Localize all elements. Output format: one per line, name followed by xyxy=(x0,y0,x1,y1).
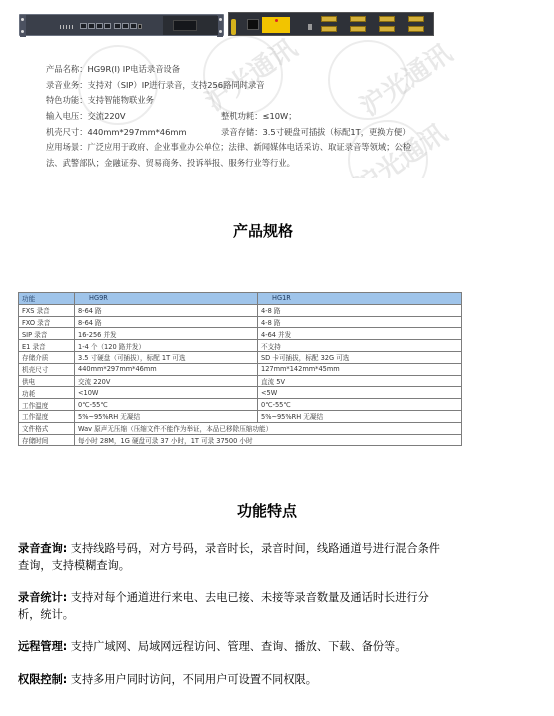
feature-section-title: 功能特点 xyxy=(0,500,544,521)
intro-row-voltage: 输入电压：交流220V整机功耗：≤10W； xyxy=(46,109,411,125)
cell: 1-4 个（120 路并发） xyxy=(75,340,258,352)
cell: 0℃-55℃ xyxy=(258,399,462,411)
cell: 直流 5V xyxy=(258,375,462,387)
cell: 5%~95%RH 无凝结 xyxy=(75,410,258,422)
feature-item-query: 录音查询: 支持线路号码，对方号码，录音时长，录音时间，线路通道号进行混合条件查… xyxy=(18,541,448,574)
cell: 文件格式 xyxy=(19,422,75,434)
table-row: 文件格式Wav 原声无压缩（压缩文件不能作为举证，本品已移除压缩功能） xyxy=(19,422,462,434)
cell: 不支持 xyxy=(258,340,462,352)
table-row: 供电交流 220V直流 5V xyxy=(19,375,462,387)
cell: 4-8 路 xyxy=(258,316,462,328)
cell-merged: 每小时 28M，1G 硬盘可录 37 小时，1T 可录 37500 小时 xyxy=(75,434,462,446)
cell: 440mm*297mm*46mm xyxy=(75,363,258,375)
table-row: SIP 录音16-256 并发4-64 并发 xyxy=(19,328,462,340)
intro-row-feature: 特色功能：支持智能物联业务 xyxy=(46,93,411,109)
cell: 交流 220V xyxy=(75,375,258,387)
feature-item-remote: 远程管理: 支持广域网、局域网远程访问、管理、查询、播放、下载、备份等。 xyxy=(18,639,448,656)
cell: <10W xyxy=(75,387,258,399)
device-front-panel-image xyxy=(19,14,224,36)
table-row: 机壳尺寸440mm*297mm*46mm127mm*142mm*45mm xyxy=(19,363,462,375)
feature-item-permission: 权限控制: 支持多用户同时访问，不同用户可设置不同权限。 xyxy=(18,672,448,689)
device-back-panel-image xyxy=(228,12,434,36)
header-hg9r: HG9R xyxy=(75,293,258,305)
table-row: E1 录音1-4 个（120 路并发）不支持 xyxy=(19,340,462,352)
spec-section-title: 产品规格 xyxy=(0,220,540,241)
cell: SD 卡可插拔，标配 32G 可选 xyxy=(258,351,462,363)
cell: FXS 录音 xyxy=(19,304,75,316)
intro-row-name: 产品名称：HG9R(I) IP电话录音设备 xyxy=(46,62,411,78)
cell: 4-8 路 xyxy=(258,304,462,316)
table-row: 功耗<10W<5W xyxy=(19,387,462,399)
table-row: FXS 录音8-64 路4-8 路 xyxy=(19,304,462,316)
cell: 8-64 路 xyxy=(75,304,258,316)
table-row: 工作温度0℃-55℃0℃-55℃ xyxy=(19,399,462,411)
cell: 功耗 xyxy=(19,387,75,399)
cell-merged: Wav 原声无压缩（压缩文件不能作为举证，本品已移除压缩功能） xyxy=(75,422,462,434)
table-row: 工作湿度5%~95%RH 无凝结5%~95%RH 无凝结 xyxy=(19,410,462,422)
product-photo-block: 沪光通讯 沪光通讯 沪光通讯 产品名称：HG9R(I) IP电话录音设备 录音业… xyxy=(18,0,460,178)
cell: 工作温度 xyxy=(19,399,75,411)
cell: 127mm*142mm*45mm xyxy=(258,363,462,375)
cell: SIP 录音 xyxy=(19,328,75,340)
cell: 存储介质 xyxy=(19,351,75,363)
cell: 供电 xyxy=(19,375,75,387)
cell: E1 录音 xyxy=(19,340,75,352)
cell: 机壳尺寸 xyxy=(19,363,75,375)
table-row: 存储时间每小时 28M，1G 硬盘可录 37 小时，1T 可录 37500 小时 xyxy=(19,434,462,446)
cell: 存储时间 xyxy=(19,434,75,446)
spec-table-image: 功能 HG9R HG1R FXS 录音8-64 路4-8 路 FXO 录音8-6… xyxy=(18,292,461,446)
cell: 16-256 并发 xyxy=(75,328,258,340)
cell: 0℃-55℃ xyxy=(75,399,258,411)
spec-header-row: 功能 HG9R HG1R xyxy=(19,293,462,305)
cell: 3.5 寸硬盘（可插拔），标配 1T 可选 xyxy=(75,351,258,363)
feature-list: 录音查询: 支持线路号码，对方号码，录音时长，录音时间，线路通道号进行混合条件查… xyxy=(18,541,448,704)
intro-row-scenario: 应用场景：广泛应用于政府、企业事业办公单位；法律、新闻媒体电话采访、取证录音等领… xyxy=(46,140,411,156)
product-intro: 产品名称：HG9R(I) IP电话录音设备 录音业务：支持对（SIP）IP进行录… xyxy=(46,62,411,172)
feature-item-statistics: 录音统计: 支持对每个通道进行来电、去电已接、未接等录音数量及通话时长进行分析，… xyxy=(18,590,448,623)
intro-row-service: 录音业务：支持对（SIP）IP进行录音，支持256路同时录音 xyxy=(46,78,411,94)
spec-table: 功能 HG9R HG1R FXS 录音8-64 路4-8 路 FXO 录音8-6… xyxy=(18,292,462,446)
intro-row-size: 机壳尺寸：440mm*297mm*46mm录音存储：3.5寸硬盘可插拔（标配1T… xyxy=(46,125,411,141)
cell: 8-64 路 xyxy=(75,316,258,328)
cell: 5%~95%RH 无凝结 xyxy=(258,410,462,422)
table-row: FXO 录音8-64 路4-8 路 xyxy=(19,316,462,328)
header-feature: 功能 xyxy=(19,293,75,305)
cell: <5W xyxy=(258,387,462,399)
header-hg1r: HG1R xyxy=(258,293,462,305)
cell: 工作湿度 xyxy=(19,410,75,422)
intro-row-scenario-cont: 法、武警部队；金融证券、贸易商务、投诉举报、服务行业等行业。 xyxy=(46,156,411,172)
cell: 4-64 并发 xyxy=(258,328,462,340)
table-row: 存储介质3.5 寸硬盘（可插拔），标配 1T 可选SD 卡可插拔，标配 32G … xyxy=(19,351,462,363)
cell: FXO 录音 xyxy=(19,316,75,328)
